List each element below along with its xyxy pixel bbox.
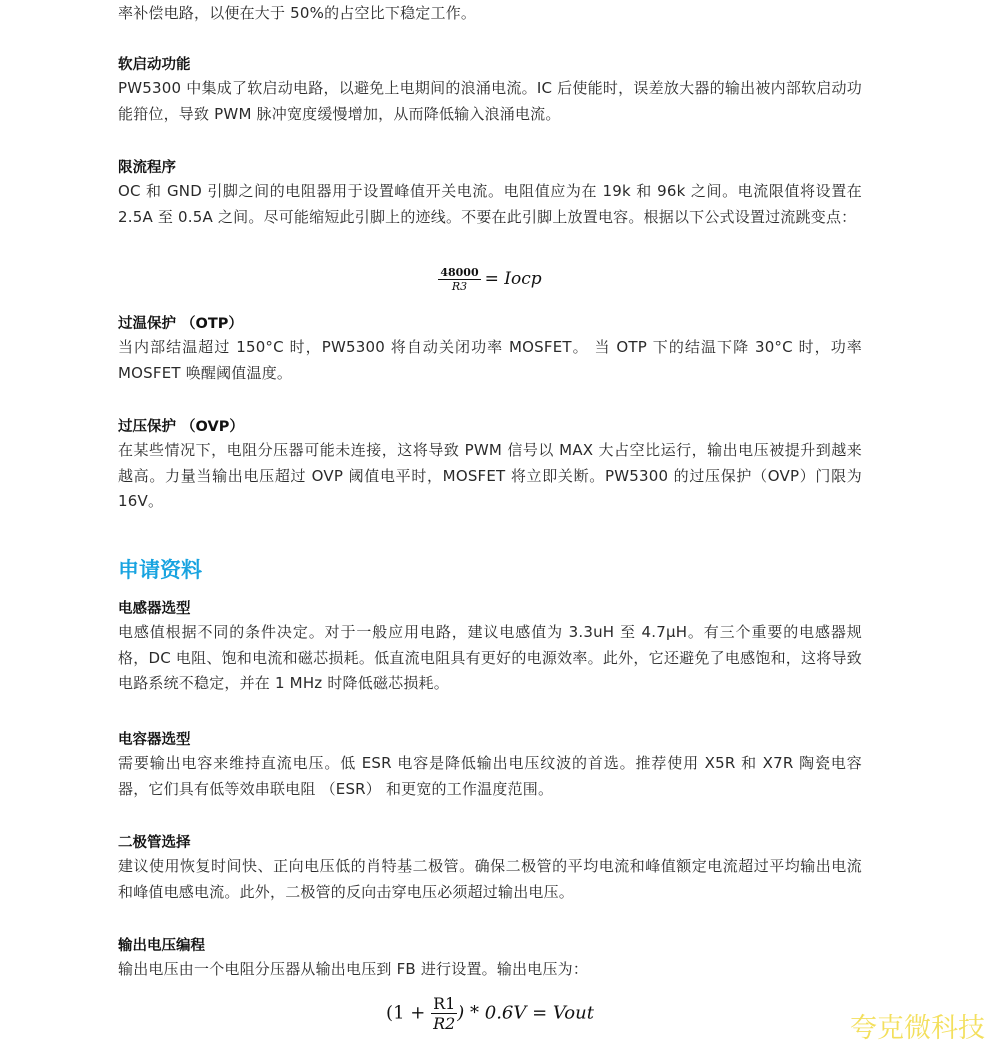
section-body: 在某些情况下，电阻分压器可能未连接，这将导致 PWM 信号以 MAX 大占空比运… — [118, 438, 862, 515]
section-diode: 二极管选择 建议使用恢复时间快、正向电压低的肖特基二极管。确保二极管的平均电流和… — [118, 832, 862, 905]
formula-iocp: 48000 R3 = Iocp — [118, 266, 862, 293]
formula-denominator: R3 — [438, 280, 480, 293]
formula-denominator: R2 — [431, 1014, 457, 1033]
section-body: 建议使用恢复时间快、正向电压低的肖特基二极管。确保二极管的平均电流和峰值额定电流… — [118, 854, 862, 905]
continuation-text: 率补偿电路，以便在大于 50%的占空比下稳定工作。 — [118, 1, 862, 27]
section-title: 软启动功能 — [118, 54, 862, 76]
section-body: 需要输出电容来维持直流电压。低 ESR 电容是降低输出电压纹波的首选。推荐使用 … — [118, 751, 862, 802]
section-current-limit: 限流程序 OC 和 GND 引脚之间的电阻器用于设置峰值开关电流。电阻值应为在 … — [118, 157, 862, 230]
section-inductor: 电感器选型 电感值根据不同的条件决定。对于一般应用电路，建议电感值为 3.3uH… — [118, 598, 862, 697]
section-title: 二极管选择 — [118, 832, 862, 854]
section-title: 电容器选型 — [118, 729, 862, 751]
section-body: 电感值根据不同的条件决定。对于一般应用电路，建议电感值为 3.3uH 至 4.7… — [118, 620, 862, 697]
section-body: PW5300 中集成了软启动电路，以避免上电期间的浪涌电流。IC 后使能时，误差… — [118, 76, 862, 127]
formula-numerator: 48000 — [438, 266, 480, 280]
section-title: 过温保护 （OTP） — [118, 313, 862, 335]
application-heading: 申请资料 — [118, 555, 862, 585]
formula-numerator: R1 — [431, 994, 457, 1014]
formula-rhs: = Iocp — [485, 269, 542, 289]
section-ovp: 过压保护 （OVP） 在某些情况下，电阻分压器可能未连接，这将导致 PWM 信号… — [118, 416, 862, 515]
formula-vout: (1 + R1 R2 ) * 0.6V = Vout — [118, 994, 862, 1033]
section-output-voltage: 输出电压编程 输出电压由一个电阻分压器从输出电压到 FB 进行设置。输出电压为： — [118, 935, 862, 983]
section-title: 输出电压编程 — [118, 935, 862, 957]
formula-right: ) * 0.6V = Vout — [457, 1003, 594, 1024]
section-body: OC 和 GND 引脚之间的电阻器用于设置峰值开关电流。电阻值应为在 19k 和… — [118, 179, 862, 230]
watermark: 夸克微科技 — [850, 1006, 985, 1045]
section-body: 输出电压由一个电阻分压器从输出电压到 FB 进行设置。输出电压为： — [118, 957, 862, 983]
section-title: 过压保护 （OVP） — [118, 416, 862, 438]
section-soft-start: 软启动功能 PW5300 中集成了软启动电路，以避免上电期间的浪涌电流。IC 后… — [118, 54, 862, 127]
section-otp: 过温保护 （OTP） 当内部结温超过 150°C 时，PW5300 将自动关闭功… — [118, 313, 862, 386]
formula-left: (1 + — [386, 1003, 425, 1024]
section-title: 限流程序 — [118, 157, 862, 179]
section-capacitor: 电容器选型 需要输出电容来维持直流电压。低 ESR 电容是降低输出电压纹波的首选… — [118, 729, 862, 802]
section-body: 当内部结温超过 150°C 时，PW5300 将自动关闭功率 MOSFET。 当… — [118, 335, 862, 386]
section-title: 电感器选型 — [118, 598, 862, 620]
